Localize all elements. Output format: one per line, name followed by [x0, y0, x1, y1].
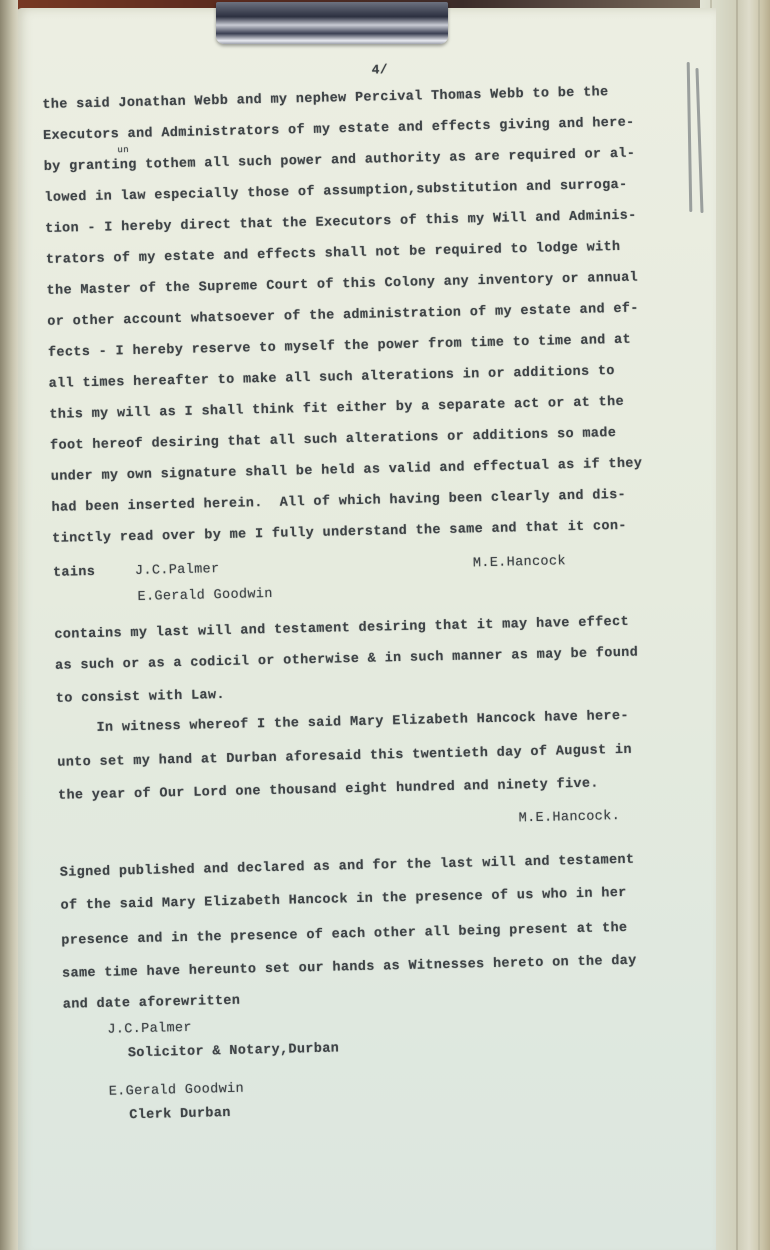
witness-title: Clerk Durban [129, 1106, 231, 1123]
signature-witness-2: E.Gerald Goodwin [137, 587, 273, 605]
binding-edge [0, 0, 18, 1250]
body-line: tains [53, 565, 96, 581]
page-number: 4/ [372, 62, 389, 77]
interlinear-insertion: un [117, 145, 129, 155]
witness-name: E.Gerald Goodwin [109, 1082, 245, 1100]
testator-signature: M.E.Hancock. [519, 809, 621, 826]
metal-clip [216, 2, 448, 44]
signature-testator: M.E.Hancock [473, 554, 566, 571]
witness-name: J.C.Palmer [107, 1021, 192, 1038]
signature-witness-1: J.C.Palmer [135, 562, 220, 579]
